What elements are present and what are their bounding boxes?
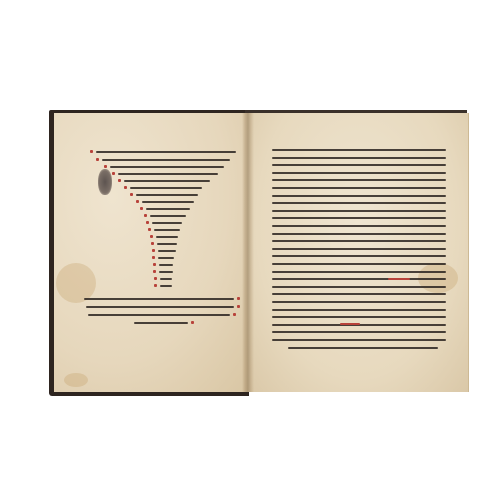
water-stain bbox=[56, 263, 96, 303]
script-line bbox=[272, 331, 446, 333]
script-line bbox=[142, 201, 194, 203]
rubric-marker bbox=[154, 284, 157, 287]
script-line bbox=[272, 293, 446, 295]
script-line bbox=[136, 194, 198, 196]
script-line bbox=[110, 166, 224, 168]
script-line bbox=[152, 222, 182, 224]
script-line bbox=[272, 164, 446, 166]
rubricated-word bbox=[388, 278, 410, 280]
script-line bbox=[272, 255, 446, 257]
right-page bbox=[248, 113, 469, 392]
script-line bbox=[160, 285, 172, 287]
rubricated-word bbox=[340, 323, 360, 325]
script-line bbox=[84, 298, 234, 300]
script-line bbox=[118, 173, 218, 175]
rubric-marker bbox=[130, 193, 133, 196]
rubric-marker bbox=[140, 207, 143, 210]
ink-smudge bbox=[98, 169, 112, 195]
script-line bbox=[272, 233, 446, 235]
rubric-marker bbox=[144, 214, 147, 217]
script-line bbox=[158, 250, 176, 252]
rubric-marker bbox=[233, 313, 236, 316]
script-line bbox=[272, 210, 446, 212]
script-line bbox=[272, 278, 446, 280]
script-line bbox=[272, 271, 446, 273]
script-line bbox=[272, 187, 446, 189]
script-line bbox=[158, 257, 174, 259]
script-line bbox=[96, 151, 236, 153]
script-line bbox=[150, 215, 186, 217]
rubric-marker bbox=[148, 228, 151, 231]
rubric-marker bbox=[104, 165, 107, 168]
script-line bbox=[86, 306, 234, 308]
script-line bbox=[160, 278, 172, 280]
script-line bbox=[272, 286, 446, 288]
script-line bbox=[272, 225, 446, 227]
rubric-marker bbox=[237, 297, 240, 300]
rubric-marker bbox=[90, 150, 93, 153]
rubric-marker bbox=[154, 277, 157, 280]
script-line bbox=[272, 316, 446, 318]
script-line bbox=[157, 243, 177, 245]
script-line bbox=[146, 208, 190, 210]
manuscript-book bbox=[49, 110, 474, 398]
rubric-marker bbox=[151, 242, 154, 245]
script-line bbox=[272, 309, 446, 311]
script-line bbox=[154, 229, 180, 231]
script-line bbox=[272, 248, 446, 250]
script-line bbox=[272, 195, 446, 197]
rubric-marker bbox=[146, 221, 149, 224]
rubric-marker bbox=[153, 263, 156, 266]
rubric-marker bbox=[237, 305, 240, 308]
script-line bbox=[272, 149, 446, 151]
rubric-marker bbox=[96, 158, 99, 161]
script-line bbox=[130, 187, 202, 189]
script-line bbox=[272, 301, 446, 303]
script-line bbox=[272, 202, 446, 204]
book-gutter bbox=[242, 113, 254, 392]
script-line bbox=[156, 236, 178, 238]
rubric-marker bbox=[124, 186, 127, 189]
script-line bbox=[272, 179, 446, 181]
rubric-marker bbox=[136, 200, 139, 203]
water-stain bbox=[64, 373, 88, 387]
script-line bbox=[272, 157, 446, 159]
rubric-marker bbox=[112, 172, 115, 175]
script-line bbox=[272, 339, 446, 341]
rubric-marker bbox=[153, 270, 156, 273]
script-line bbox=[272, 172, 446, 174]
script-line bbox=[159, 264, 173, 266]
script-line bbox=[272, 240, 446, 242]
script-line bbox=[102, 159, 230, 161]
rubric-marker bbox=[191, 321, 194, 324]
script-line bbox=[159, 271, 173, 273]
left-page bbox=[54, 113, 248, 392]
script-line bbox=[272, 263, 446, 265]
script-line bbox=[134, 322, 188, 324]
script-line bbox=[288, 347, 438, 349]
script-line bbox=[124, 180, 210, 182]
script-line bbox=[88, 314, 230, 316]
script-line bbox=[272, 217, 446, 219]
rubric-marker bbox=[152, 256, 155, 259]
rubric-marker bbox=[150, 235, 153, 238]
rubric-marker bbox=[118, 179, 121, 182]
rubric-marker bbox=[152, 249, 155, 252]
